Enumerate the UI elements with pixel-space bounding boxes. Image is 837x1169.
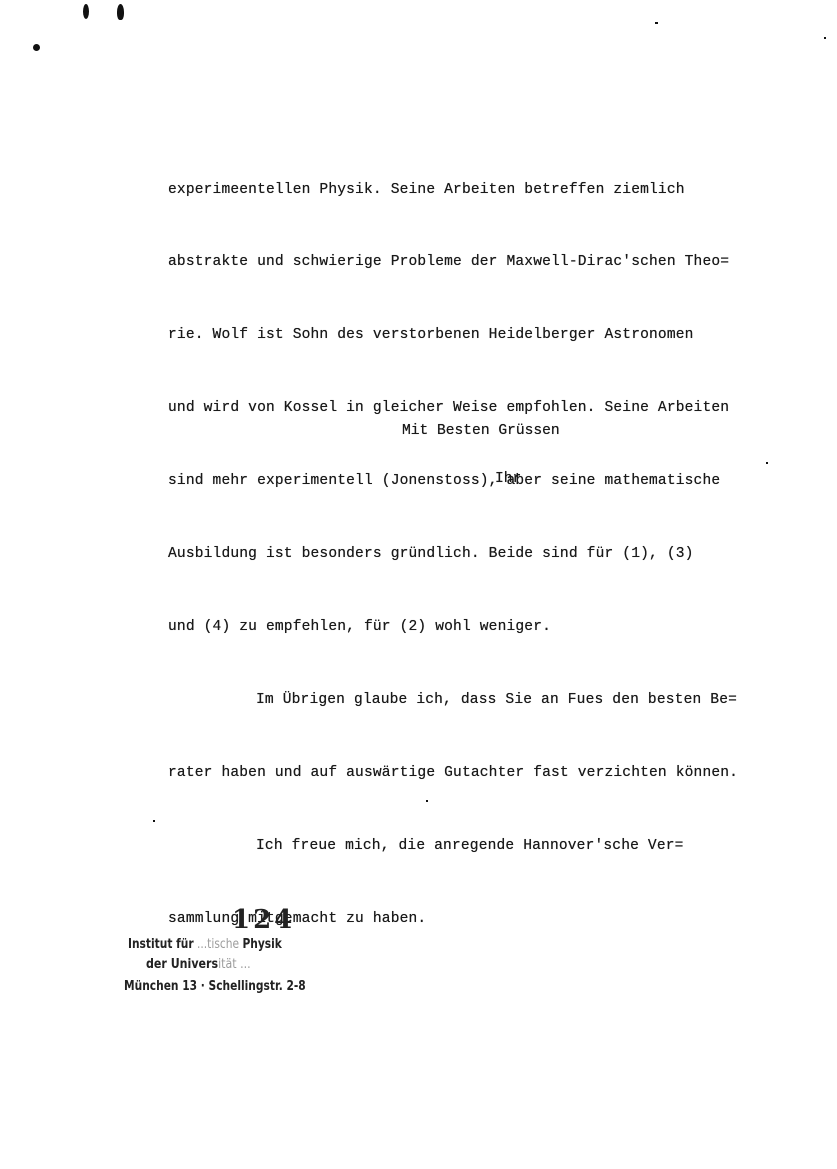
scan-mark xyxy=(824,37,826,39)
body-line: sind mehr experimentell (Jonenstoss), ab… xyxy=(168,469,738,493)
body-line: abstrakte und schwierige Probleme der Ma… xyxy=(168,250,738,274)
letter-body: experimeentellen Physik. Seine Arbeiten … xyxy=(168,129,738,979)
stamp-text: der Univers xyxy=(146,957,218,972)
stamp-text: Physik xyxy=(242,937,281,952)
scan-mark xyxy=(655,22,658,24)
body-line: experimeentellen Physik. Seine Arbeiten … xyxy=(168,178,738,202)
scan-mark xyxy=(766,462,768,464)
stamp-text-faded: ...tische xyxy=(194,937,243,952)
signature-line: Ihr xyxy=(495,471,521,487)
body-line: und (4) zu empfehlen, für (2) wohl wenig… xyxy=(168,615,738,639)
scan-mark xyxy=(83,4,89,19)
scan-mark xyxy=(153,820,155,822)
scanned-letter-page: experimeentellen Physik. Seine Arbeiten … xyxy=(0,0,837,1169)
stamp-text-faded: ität ... xyxy=(218,957,251,972)
scan-mark xyxy=(33,44,40,51)
body-line: Ausbildung ist besonders gründlich. Beid… xyxy=(168,542,738,566)
scan-mark xyxy=(117,4,124,20)
body-line-paragraph-start: Im Übrigen glaube ich, dass Sie an Fues … xyxy=(168,688,738,712)
stamp-line-1: Institut für ...tische Physik xyxy=(128,937,282,952)
body-line: rater haben und auf auswärtige Gutachter… xyxy=(168,761,738,785)
page-number: 124 xyxy=(232,905,295,935)
stamp-text: Institut für xyxy=(128,937,194,952)
body-line: und wird von Kossel in gleicher Weise em… xyxy=(168,396,738,420)
stamp-line-3: München 13 · Schellingstr. 2-8 xyxy=(124,979,306,994)
body-line: rie. Wolf ist Sohn des verstorbenen Heid… xyxy=(168,323,738,347)
body-line-paragraph-start: Ich freue mich, die anregende Hannover's… xyxy=(168,834,738,858)
stamp-line-2: der Universität ... xyxy=(146,957,251,972)
closing-salutation: Mit Besten Grüssen xyxy=(402,423,560,439)
